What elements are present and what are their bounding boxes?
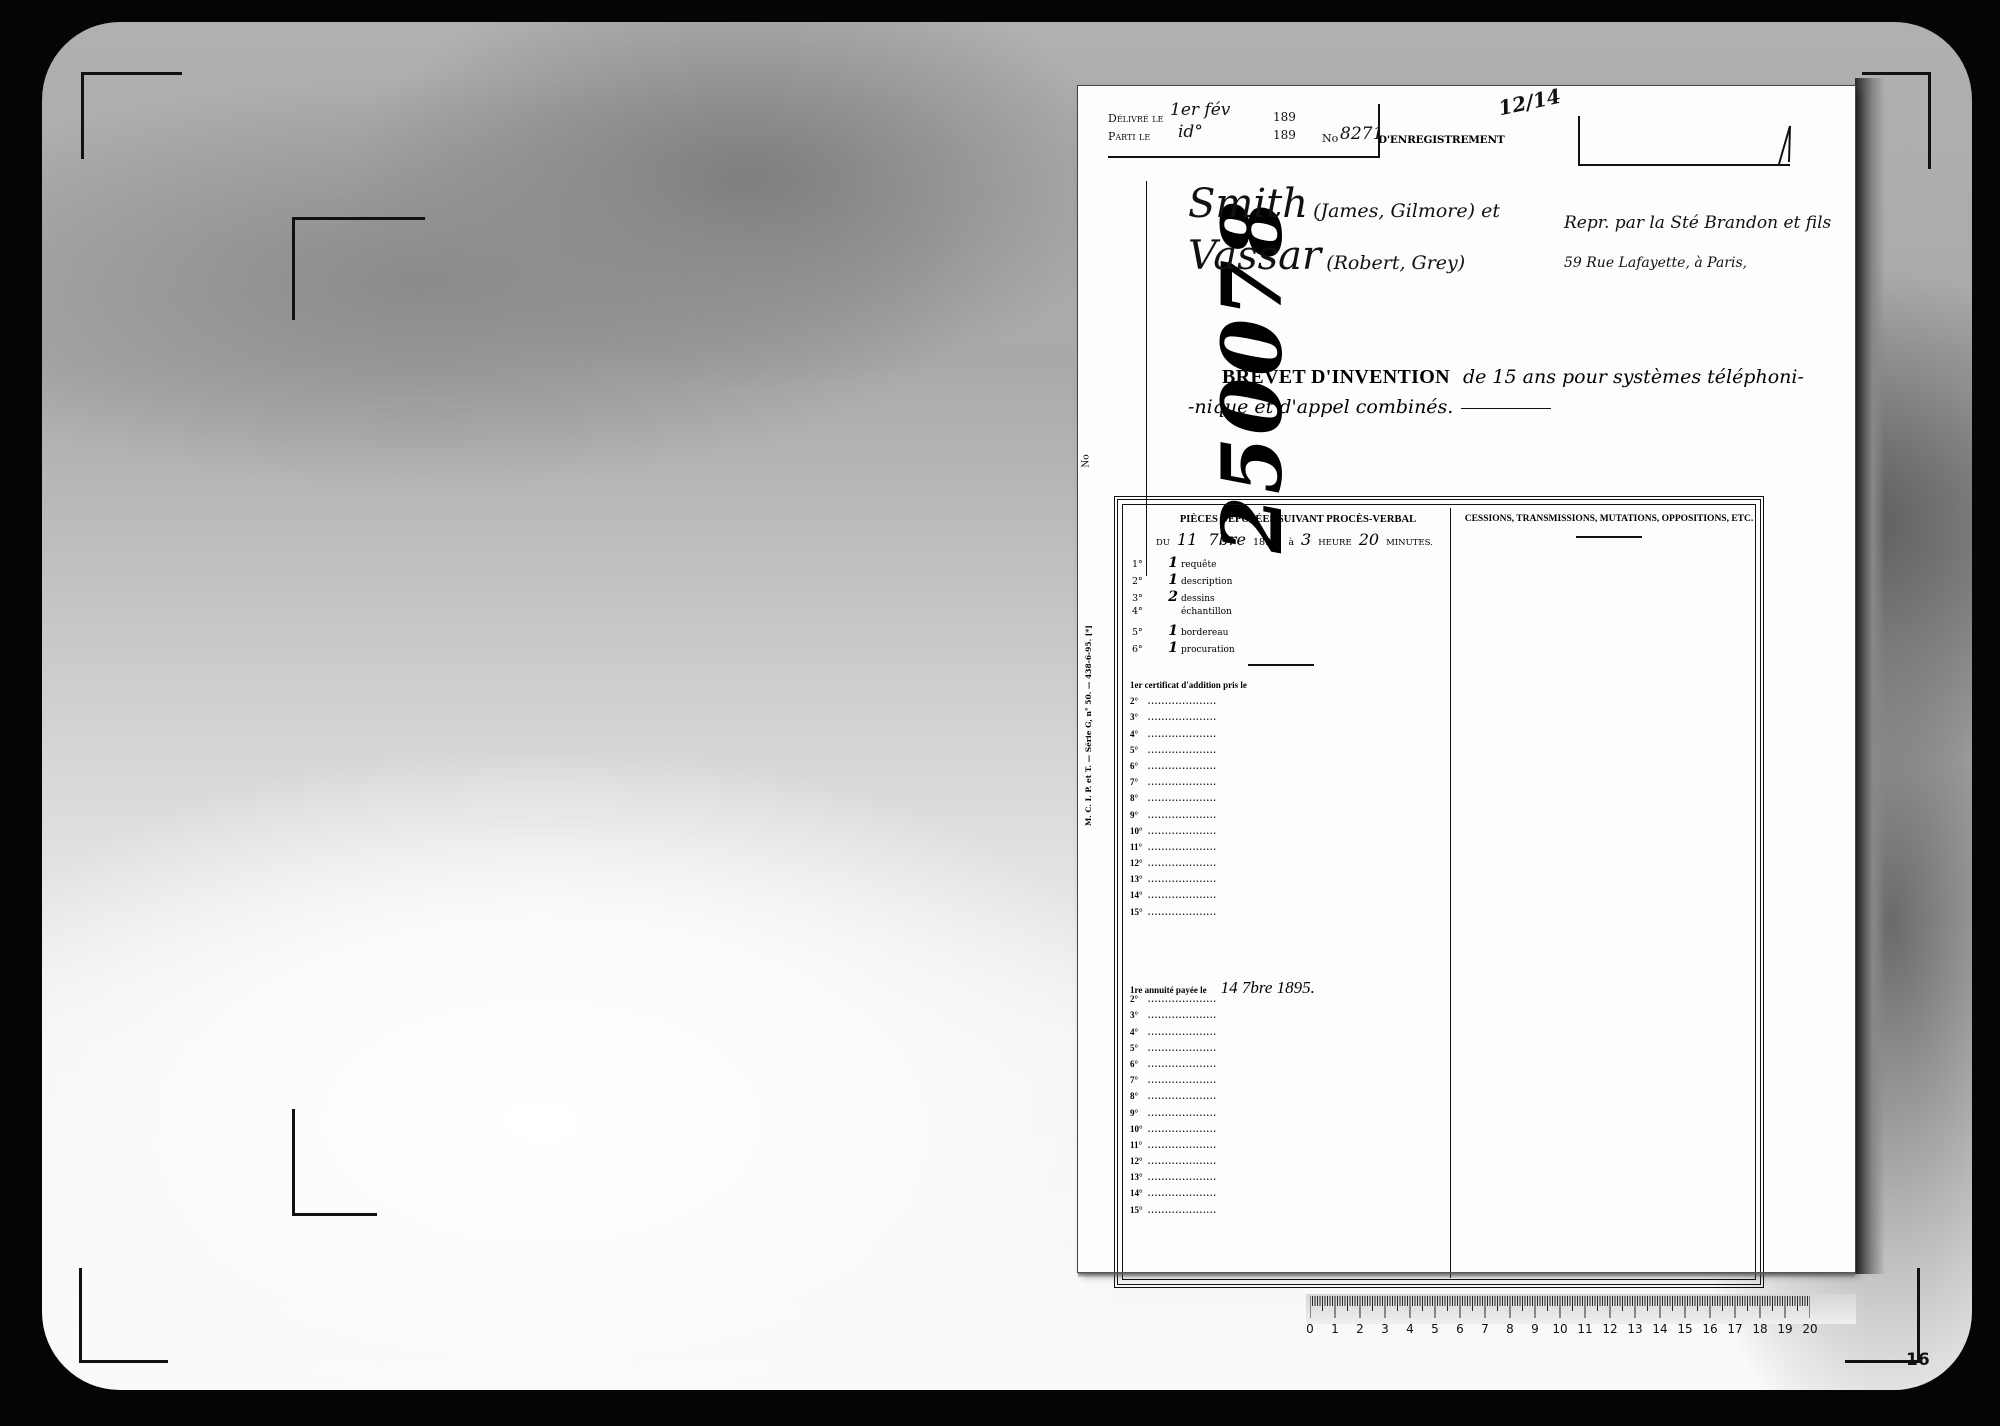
- list-item: 13°....................: [1130, 1172, 1315, 1188]
- patent-description-2: -nique et d'appel combinés.: [1188, 396, 1551, 418]
- list-item: 2°1description: [1132, 572, 1235, 589]
- delivered-value: 1er fév: [1170, 100, 1230, 120]
- ruler-label: 13: [1627, 1322, 1642, 1336]
- ruler-label: 3: [1381, 1322, 1389, 1336]
- agent-line-1: Repr. par la Sté Brandon et fils: [1564, 213, 1831, 233]
- ruler-label: 18: [1752, 1322, 1767, 1336]
- ruler-label: 5: [1431, 1322, 1439, 1336]
- list-item: 7°....................: [1130, 777, 1247, 793]
- ruler-label: 1: [1331, 1322, 1339, 1336]
- crop-mark-bottom-right: [1845, 1268, 1920, 1363]
- list-item: 8°....................: [1130, 1091, 1315, 1107]
- folio-number: 12/14: [1496, 84, 1563, 121]
- list-item: 10°....................: [1130, 826, 1247, 842]
- departed-value: id°: [1178, 122, 1203, 142]
- deposit-date-line: DU 11 7bre 1895 à 3 HEURE 20 MINUTES.: [1156, 530, 1433, 549]
- list-item: 6°1procuration: [1132, 640, 1235, 657]
- certificates-list: 1er certificat d'addition pris le 2°....…: [1130, 680, 1247, 923]
- registration-suffix: D'ENREGISTREMENT: [1378, 134, 1505, 146]
- list-item: 4°....................: [1130, 1027, 1315, 1043]
- crop-mark-top-left: [81, 72, 182, 159]
- annuity-first-date: 14 7bre 1895.: [1221, 978, 1315, 997]
- crop-mark-inner-bottom: [292, 1109, 377, 1216]
- list-item: 14°....................: [1130, 1188, 1315, 1204]
- transfers-rule: [1576, 536, 1642, 538]
- ruler-label: 9: [1531, 1322, 1539, 1336]
- plate-number: 16: [1906, 1350, 1930, 1370]
- crop-mark-inner-top: [292, 217, 425, 320]
- patent-title: BREVET D'INVENTION de 15 ans pour systèm…: [1222, 366, 1804, 389]
- deposited-pieces-list: 1°1requête 2°1description 3°2dessins 4°é…: [1132, 555, 1235, 657]
- annuities-list: 1re annuité payée le14 7bre 1895. 2°....…: [1130, 978, 1315, 1221]
- departed-year: 189: [1273, 128, 1296, 142]
- deposit-year-suffix: 5: [1271, 530, 1281, 549]
- annuity-first-row: 1re annuité payée le14 7bre 1895.: [1130, 978, 1315, 994]
- printer-imprint: M. C. I. P. et T. — Série G, n° 50. — 43…: [1084, 606, 1098, 826]
- ruler-label: 0: [1306, 1322, 1314, 1336]
- list-item: 9°....................: [1130, 810, 1247, 826]
- list-item: 5°1bordereau: [1132, 623, 1235, 640]
- ruler-label: 10: [1552, 1322, 1567, 1336]
- applicant-2-surname: Vassar: [1188, 233, 1321, 279]
- delivered-year: 189: [1273, 110, 1296, 124]
- list-item: 13°....................: [1130, 874, 1247, 890]
- ruler-label: 8: [1506, 1322, 1514, 1336]
- list-item: 5°....................: [1130, 1043, 1315, 1059]
- record-table: PIÈCES DÉPOSÉES SUIVANT PROCÈS-VERBAL DU…: [1114, 496, 1764, 1288]
- ruler-ticks: [1310, 1296, 1810, 1318]
- list-item: 15°....................: [1130, 1205, 1315, 1221]
- registration-number: 8271: [1340, 124, 1383, 144]
- list-item: 3°....................: [1130, 712, 1247, 728]
- deposit-day: 11: [1177, 530, 1197, 549]
- ruler-label: 4: [1406, 1322, 1414, 1336]
- patent-description-1: de 15 ans pour systèmes téléphoni-: [1463, 366, 1804, 388]
- list-item: 6°....................: [1130, 761, 1247, 777]
- list-item: 6°....................: [1130, 1059, 1315, 1075]
- applicant-1-surname: Smith: [1188, 181, 1308, 227]
- applicant-1-given: (James, Gilmore) et: [1313, 200, 1500, 222]
- section-rule: [1248, 664, 1314, 666]
- deposit-minutes: 20: [1359, 530, 1379, 549]
- list-item: 10°....................: [1130, 1124, 1315, 1140]
- delivered-label: Délivré le: [1108, 112, 1163, 125]
- ruler-label: 6: [1456, 1322, 1464, 1336]
- transfers-section-title: CESSIONS, TRANSMISSIONS, MUTATIONS, OPPO…: [1454, 514, 1764, 524]
- handwritten-mark-icon: [1778, 122, 1792, 166]
- list-item: 7°....................: [1130, 1075, 1315, 1091]
- agent-line-2: 59 Rue Lafayette, à Paris,: [1564, 255, 1747, 271]
- deposit-section-title: PIÈCES DÉPOSÉES SUIVANT PROCÈS-VERBAL: [1158, 514, 1438, 525]
- list-item: 12°....................: [1130, 858, 1247, 874]
- ruler-label: 7: [1481, 1322, 1489, 1336]
- list-item: 11°....................: [1130, 842, 1247, 858]
- list-item: 2°....................: [1130, 696, 1247, 712]
- patent-number-prefix: No: [1082, 454, 1092, 467]
- list-item: 3°....................: [1130, 1010, 1315, 1026]
- ruler-label: 16: [1702, 1322, 1717, 1336]
- list-item: 3°2dessins: [1132, 589, 1235, 606]
- ruler-label: 17: [1727, 1322, 1742, 1336]
- ruler-label: 19: [1777, 1322, 1792, 1336]
- registration-no-label: No: [1322, 132, 1338, 145]
- crop-mark-bottom-left: [79, 1268, 168, 1363]
- list-item: 12°....................: [1130, 1156, 1315, 1172]
- list-item: 1°1requête: [1132, 555, 1235, 572]
- departed-label: Parti le: [1108, 130, 1150, 143]
- ruler-label: 12: [1602, 1322, 1617, 1336]
- patent-register-page: Délivré le 1er fév 189 Parti le id° 189 …: [1078, 86, 1855, 1272]
- list-item: 5°....................: [1130, 745, 1247, 761]
- column-divider: [1450, 508, 1451, 1278]
- list-item: 15°....................: [1130, 907, 1247, 923]
- deposit-month: 7bre: [1208, 530, 1246, 549]
- ruler-label: 20: [1802, 1322, 1817, 1336]
- deposit-hour: 3: [1301, 530, 1311, 549]
- applicant-2-given: (Robert, Grey): [1326, 252, 1465, 274]
- page-edge-shadow: [1855, 78, 1885, 1274]
- list-item: 14°....................: [1130, 890, 1247, 906]
- list-item: 8°....................: [1130, 793, 1247, 809]
- ruler-label: 15: [1677, 1322, 1692, 1336]
- scale-ruler: 01234567891011121314151617181920: [1306, 1294, 1856, 1340]
- ruler-label: 2: [1356, 1322, 1364, 1336]
- list-item: 4°échantillon: [1132, 606, 1235, 623]
- ruler-label: 11: [1577, 1322, 1592, 1336]
- stamp-box: [1578, 116, 1790, 166]
- list-item: 11°....................: [1130, 1140, 1315, 1156]
- certificate-first-row: 1er certificat d'addition pris le: [1130, 680, 1247, 696]
- list-item: 9°....................: [1130, 1108, 1315, 1124]
- ruler-label: 14: [1652, 1322, 1667, 1336]
- patent-type: BREVET D'INVENTION: [1222, 366, 1450, 388]
- list-item: 4°....................: [1130, 729, 1247, 745]
